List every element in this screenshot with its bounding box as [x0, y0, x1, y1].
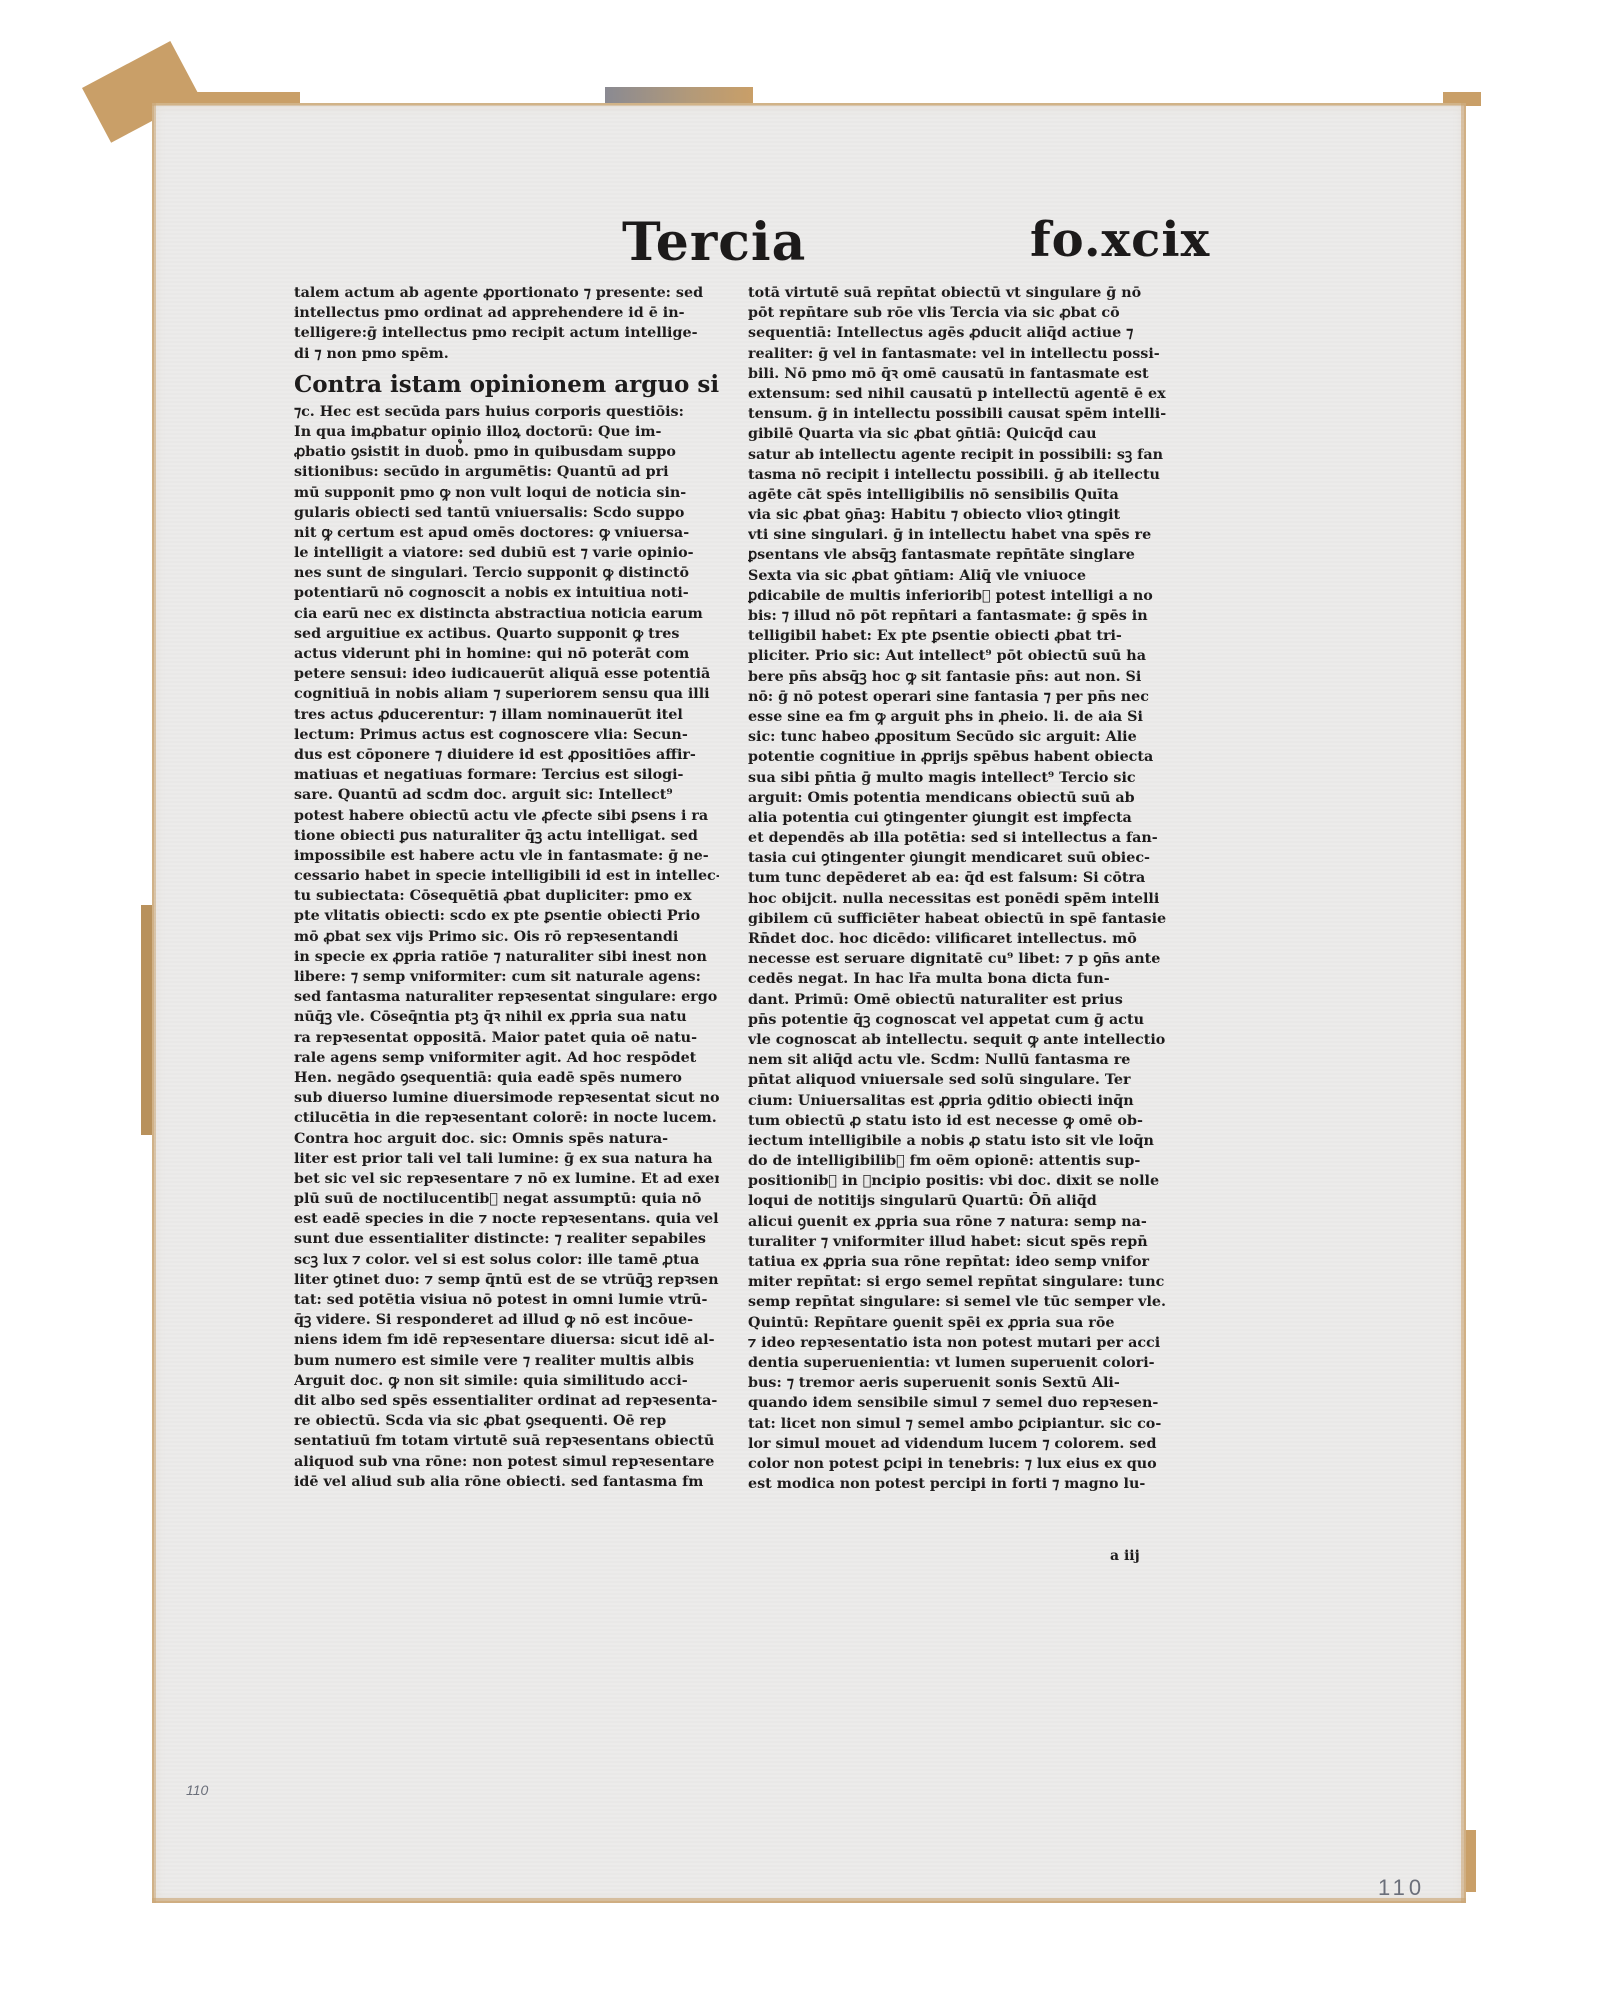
backing-tab-right-edge: [1466, 1830, 1476, 1892]
text-line: ꝑsentans vle absq̄ꝫ fantasmate repn̄tāte…: [748, 545, 1173, 565]
text-line: pn̄tat aliquod vniuersale sed solū singu…: [748, 1070, 1173, 1090]
text-line: talem actum ab agente ꝓportionato ⁊ pres…: [294, 283, 719, 303]
text-line: liter ꝯtinet duo: ⁊ semp q̄ntū est de se…: [294, 1270, 719, 1290]
text-line: pliciter. Prio sic: Aut intellect⁹ pōt o…: [748, 646, 1173, 666]
text-line: sic: tunc habeo ꝓpositum Secūdo sic argu…: [748, 727, 1173, 747]
text-line: lectum: Primus actus est cognoscere vlia…: [294, 725, 719, 745]
text-line: nes sunt de singulari. Tercio supponit ꝙ…: [294, 563, 719, 583]
text-line: intellectus pmo ordinat ad apprehendere …: [294, 303, 719, 323]
text-line: mō ꝓbat sex vijs Primo sic. Ois rō repꝛe…: [294, 927, 719, 947]
text-line: ⁊ ideo repꝛesentatio ista non potest mut…: [748, 1333, 1173, 1353]
text-line: niens idem fm idē repꝛesentare diuersa: …: [294, 1330, 719, 1350]
text-line: est modica non potest percipi in forti ⁊…: [748, 1474, 1173, 1494]
text-line: ctilucētia in die repꝛesentant colorē: i…: [294, 1108, 719, 1128]
text-line: Sexta via sic ꝓbat ꝯn̄tiam: Aliq̄ vle vn…: [748, 566, 1173, 586]
text-line: pn̄s potentie q̄ꝫ cognoscat vel appetat …: [748, 1010, 1173, 1030]
section-heading: Contra istam opinionem arguo sic: [294, 368, 719, 402]
text-line: quando idem sensibile simul ⁊ semel duo …: [748, 1393, 1173, 1413]
text-line: rale agens semp vniformiter agit. Ad hoc…: [294, 1048, 719, 1068]
text-line: petere sensui: ideo iudicauerūt aliquā e…: [294, 664, 719, 684]
text-line: Hen. negādo ꝯsequentiā: quia eadē spēs n…: [294, 1068, 719, 1088]
text-line: realiter: ḡ vel in fantasmate: vel in in…: [748, 344, 1173, 364]
text-line: cessario habet in specie intelligibili i…: [294, 866, 719, 886]
text-line: bere pn̄s absq̄ꝫ hoc ꝙ sit fantasie pn̄s…: [748, 667, 1173, 687]
text-line: in specie ex ꝓpria ratiōe ⁊ naturaliter …: [294, 947, 719, 967]
text-line: gularis obiecti sed tantū vniuersalis: S…: [294, 503, 719, 523]
text-line: Arguit doc. ꝙ non sit simile: quia simil…: [294, 1371, 719, 1391]
text-line: idē vel aliud sub alia rōne obiecti. sed…: [294, 1472, 719, 1492]
text-line: pōt repn̄tare sub rōe vlis Tercia via si…: [748, 303, 1173, 323]
text-line: dant. Primū: Omē obiectū naturaliter est…: [748, 990, 1173, 1010]
text-line: et dependēs ab illa potētia: sed si inte…: [748, 828, 1173, 848]
text-line: cognitiuā in nobis aliam ⁊ superiorem se…: [294, 684, 719, 704]
text-line: matiuas et negatiuas formare: Tercius es…: [294, 765, 719, 785]
text-line: nit ꝙ certum est apud omēs doctores: ꝙ v…: [294, 523, 719, 543]
stain-right-edge: [1461, 103, 1466, 1903]
text-line: tat: sed potētia visiua nō potest in omn…: [294, 1290, 719, 1310]
text-line: loqui de notitijs singularū Quartū: Ōn̄ …: [748, 1191, 1173, 1211]
left-body-lines: ⁊c. Hec est secūda pars huius corporis q…: [294, 402, 719, 1492]
text-line: impossibile est habere actu vle in fanta…: [294, 846, 719, 866]
text-line: extensum: sed nihil causatū p intellectū…: [748, 384, 1173, 404]
text-line: tum tunc depēderet ab ea: q̄d est falsum…: [748, 868, 1173, 888]
text-line: bum numero est simile vere ⁊ realiter mu…: [294, 1351, 719, 1371]
pencil-note-right: 110: [1378, 1875, 1425, 1901]
text-line: re obiectū. Scda via sic ꝓbat ꝯsequenti.…: [294, 1411, 719, 1431]
text-line: sunt due essentialiter distincte: ⁊ real…: [294, 1229, 719, 1249]
text-line: est eadē species in die ⁊ nocte repꝛesen…: [294, 1209, 719, 1229]
stain-top-edge: [152, 103, 1466, 106]
folio-number: fo.xcix: [1030, 212, 1210, 268]
text-line: telligibil habet: Ex pte ꝑsentie obiecti…: [748, 626, 1173, 646]
text-line: cium: Uniuersalitas est ꝓpria ꝯditio obi…: [748, 1091, 1173, 1111]
text-line: color non potest ꝑcipi in tenebris: ⁊ lu…: [748, 1454, 1173, 1474]
text-line: nūq̄ꝫ vle. Cōseq̄ntia ptꝫ q̄ꝛ nihil ex ꝓ…: [294, 1007, 719, 1027]
text-line: le intelligit a viatore: sed dubiū est ⁊…: [294, 543, 719, 563]
text-line: do de intelligibilib᷒ fm oēm opionē: att…: [748, 1151, 1173, 1171]
text-line: ꝓbatio ꝯsistit in duob᷒. pmo in quibusda…: [294, 442, 719, 462]
text-line: necesse est seruare dignitatē cu⁹ libet:…: [748, 949, 1173, 969]
text-line: tatiua ex ꝓpria sua rōne repn̄tat: ideo …: [748, 1252, 1173, 1272]
text-line: Rn̄det doc. hoc dicēdo: vilificaret inte…: [748, 929, 1173, 949]
text-line: alicui ꝯuenit ex ꝓpria sua rōne ⁊ natura…: [748, 1212, 1173, 1232]
text-line: potentie cognitiue in ꝓprijs spēbus habe…: [748, 747, 1173, 767]
text-line: totā virtutē suā repn̄tat obiectū vt sin…: [748, 283, 1173, 303]
text-line: vle cognoscat ab intellectu. sequit ꝙ an…: [748, 1030, 1173, 1050]
text-line: telligere:ḡ intellectus pmo recipit actu…: [294, 323, 719, 343]
text-line: bis: ⁊ illud nō pōt repn̄tari a fantasma…: [748, 606, 1173, 626]
text-line: Contra hoc arguit doc. sic: Omnis spēs n…: [294, 1129, 719, 1149]
text-line: tat: licet non simul ⁊ semel ambo ꝑcipia…: [748, 1414, 1173, 1434]
text-line: potentiarū nō cognoscit a nobis ex intui…: [294, 583, 719, 603]
pencil-note-left: 110: [186, 1782, 208, 1798]
text-line: sitionibus: secūdo in argumētis: Quantū …: [294, 462, 719, 482]
text-line: gibilē Quarta via sic ꝓbat ꝯn̄tiā: Quicq…: [748, 424, 1173, 444]
left-text-column: talem actum ab agente ꝓportionato ⁊ pres…: [294, 283, 719, 1492]
text-line: vti sine singulari. ḡ in intellectu habe…: [748, 525, 1173, 545]
text-line: bet sic vel sic repꝛesentare ⁊ nō ex lum…: [294, 1169, 719, 1189]
signature-mark: a iij: [1110, 1548, 1140, 1564]
text-line: potest habere obiectū actu vle ꝓfecte si…: [294, 806, 719, 826]
text-line: bus: ⁊ tremor aeris superuenit sonis Sex…: [748, 1373, 1173, 1393]
text-line: arguit: Omis potentia mendicans obiectū …: [748, 788, 1173, 808]
text-line: nem sit aliq̄d actu vle. Scdm: Nullū fan…: [748, 1050, 1173, 1070]
text-line: mū supponit pmo ꝙ non vult loqui de noti…: [294, 483, 719, 503]
text-line: tasia cui ꝯtingenter ꝯiungit mendicaret …: [748, 848, 1173, 868]
text-line: hoc obijcit. nulla necessitas est ponēdi…: [748, 889, 1173, 909]
text-line: tres actus ꝓducerentur: ⁊ illam nominaue…: [294, 705, 719, 725]
right-body-lines: totā virtutē suā repn̄tat obiectū vt sin…: [748, 283, 1173, 1494]
text-line: tasma nō recipit i intellectu possibili.…: [748, 465, 1173, 485]
text-line: ⁊c. Hec est secūda pars huius corporis q…: [294, 402, 719, 422]
text-line: tensum. ḡ in intellectu possibili causat…: [748, 404, 1173, 424]
text-line: sed fantasma naturaliter repꝛesentat sin…: [294, 987, 719, 1007]
text-line: liter est prior tali vel tali lumine: ḡ …: [294, 1149, 719, 1169]
text-line: sare. Quantū ad scdm doc. arguit sic: In…: [294, 785, 719, 805]
text-line: agēte cāt spēs intelligibilis nō sensibi…: [748, 485, 1173, 505]
text-line: aliquod sub vna rōne: non potest simul r…: [294, 1452, 719, 1472]
text-line: Quintū: Repn̄tare ꝯuenit spēi ex ꝓpria s…: [748, 1313, 1173, 1333]
text-line: cedēs negat. In hac lr̄a multa bona dict…: [748, 969, 1173, 989]
text-line: iectum intelligibile a nobis ꝓ statu ist…: [748, 1131, 1173, 1151]
text-line: miter repn̄tat: si ergo semel repn̄tat s…: [748, 1272, 1173, 1292]
text-line: turaliter ⁊ vniformiter illud habet: sic…: [748, 1232, 1173, 1252]
text-line: sed arguitiue ex actibus. Quarto supponi…: [294, 624, 719, 644]
backing-tab-top-center: [605, 87, 753, 104]
text-line: lor simul mouet ad videndum lucem ⁊ colo…: [748, 1434, 1173, 1454]
text-line: satur ab intellectu agente recipit in po…: [748, 445, 1173, 465]
text-line: dentia superuenientia: vt lumen superuen…: [748, 1353, 1173, 1373]
text-line: scꝫ lux ⁊ color. vel si est solus color:…: [294, 1250, 719, 1270]
text-line: sequentiā: Intellectus agēs ꝓducit aliq̄…: [748, 323, 1173, 343]
text-line: actus viderunt phi in homine: qui nō pot…: [294, 644, 719, 664]
text-line: alia potentia cui ꝯtingenter ꝯiungit est…: [748, 808, 1173, 828]
text-line: dit albo sed spēs essentialiter ordinat …: [294, 1391, 719, 1411]
text-line: q̄ꝫ videre. Si responderet ad illud ꝙ nō…: [294, 1310, 719, 1330]
text-line: sentatiuū fm totam virtutē suā repꝛesent…: [294, 1431, 719, 1451]
text-line: esse sine ea fm ꝙ arguit phs in ꝓheio. l…: [748, 707, 1173, 727]
text-line: tu subiectata: Cōsequētiā ꝓbat duplicite…: [294, 886, 719, 906]
text-line: pte vlitatis obiecti: scdo ex pte ꝑsenti…: [294, 906, 719, 926]
right-text-column: totā virtutē suā repn̄tat obiectū vt sin…: [748, 283, 1173, 1494]
text-line: plū suū de noctilucentib᷒ negat assumptū…: [294, 1189, 719, 1209]
running-title: Tercia: [622, 212, 806, 273]
text-line: In qua imꝓbatur opinio illoꝝ doctorū: Qu…: [294, 422, 719, 442]
stain-left-edge: [152, 103, 156, 1903]
text-line: libere: ⁊ semp vniformiter: cum sit natu…: [294, 967, 719, 987]
text-line: dus est cōponere ⁊ diuidere id est ꝓposi…: [294, 745, 719, 765]
text-line: ra repꝛesentat oppositā. Maior patet qui…: [294, 1028, 719, 1048]
text-line: gibilem cū sufficiēter habeat obiectū in…: [748, 909, 1173, 929]
text-line: cia earū nec ex distincta abstractiua no…: [294, 604, 719, 624]
text-line: via sic ꝓbat ꝯn̄aꝫ: Habitu ⁊ obiecto vli…: [748, 505, 1173, 525]
text-line: semp repn̄tat singulare: si semel vle tū…: [748, 1292, 1173, 1312]
text-line: nō: ḡ nō potest operari sine fantasia ⁊ …: [748, 687, 1173, 707]
text-line: positionib᷒ in ꝑncipio positis: vbi doc.…: [748, 1171, 1173, 1191]
text-line: tione obiecti ꝑus naturaliter q̄ꝫ actu i…: [294, 826, 719, 846]
text-line: sub diuerso lumine diuersimode repꝛesent…: [294, 1088, 719, 1108]
text-line: ꝑdicabile de multis inferiorib᷒ potest i…: [748, 586, 1173, 606]
text-line: di ⁊ non pmo spēm.: [294, 344, 719, 364]
text-line: tum obiectū ꝓ statu isto id est necesse …: [748, 1111, 1173, 1131]
stain-bottom-edge: [152, 1898, 1466, 1903]
text-line: sua sibi pn̄tia ḡ multo magis intellect⁹…: [748, 768, 1173, 788]
text-line: bili. Nō pmo mō q̄ꝛ omē causatū in fanta…: [748, 364, 1173, 384]
